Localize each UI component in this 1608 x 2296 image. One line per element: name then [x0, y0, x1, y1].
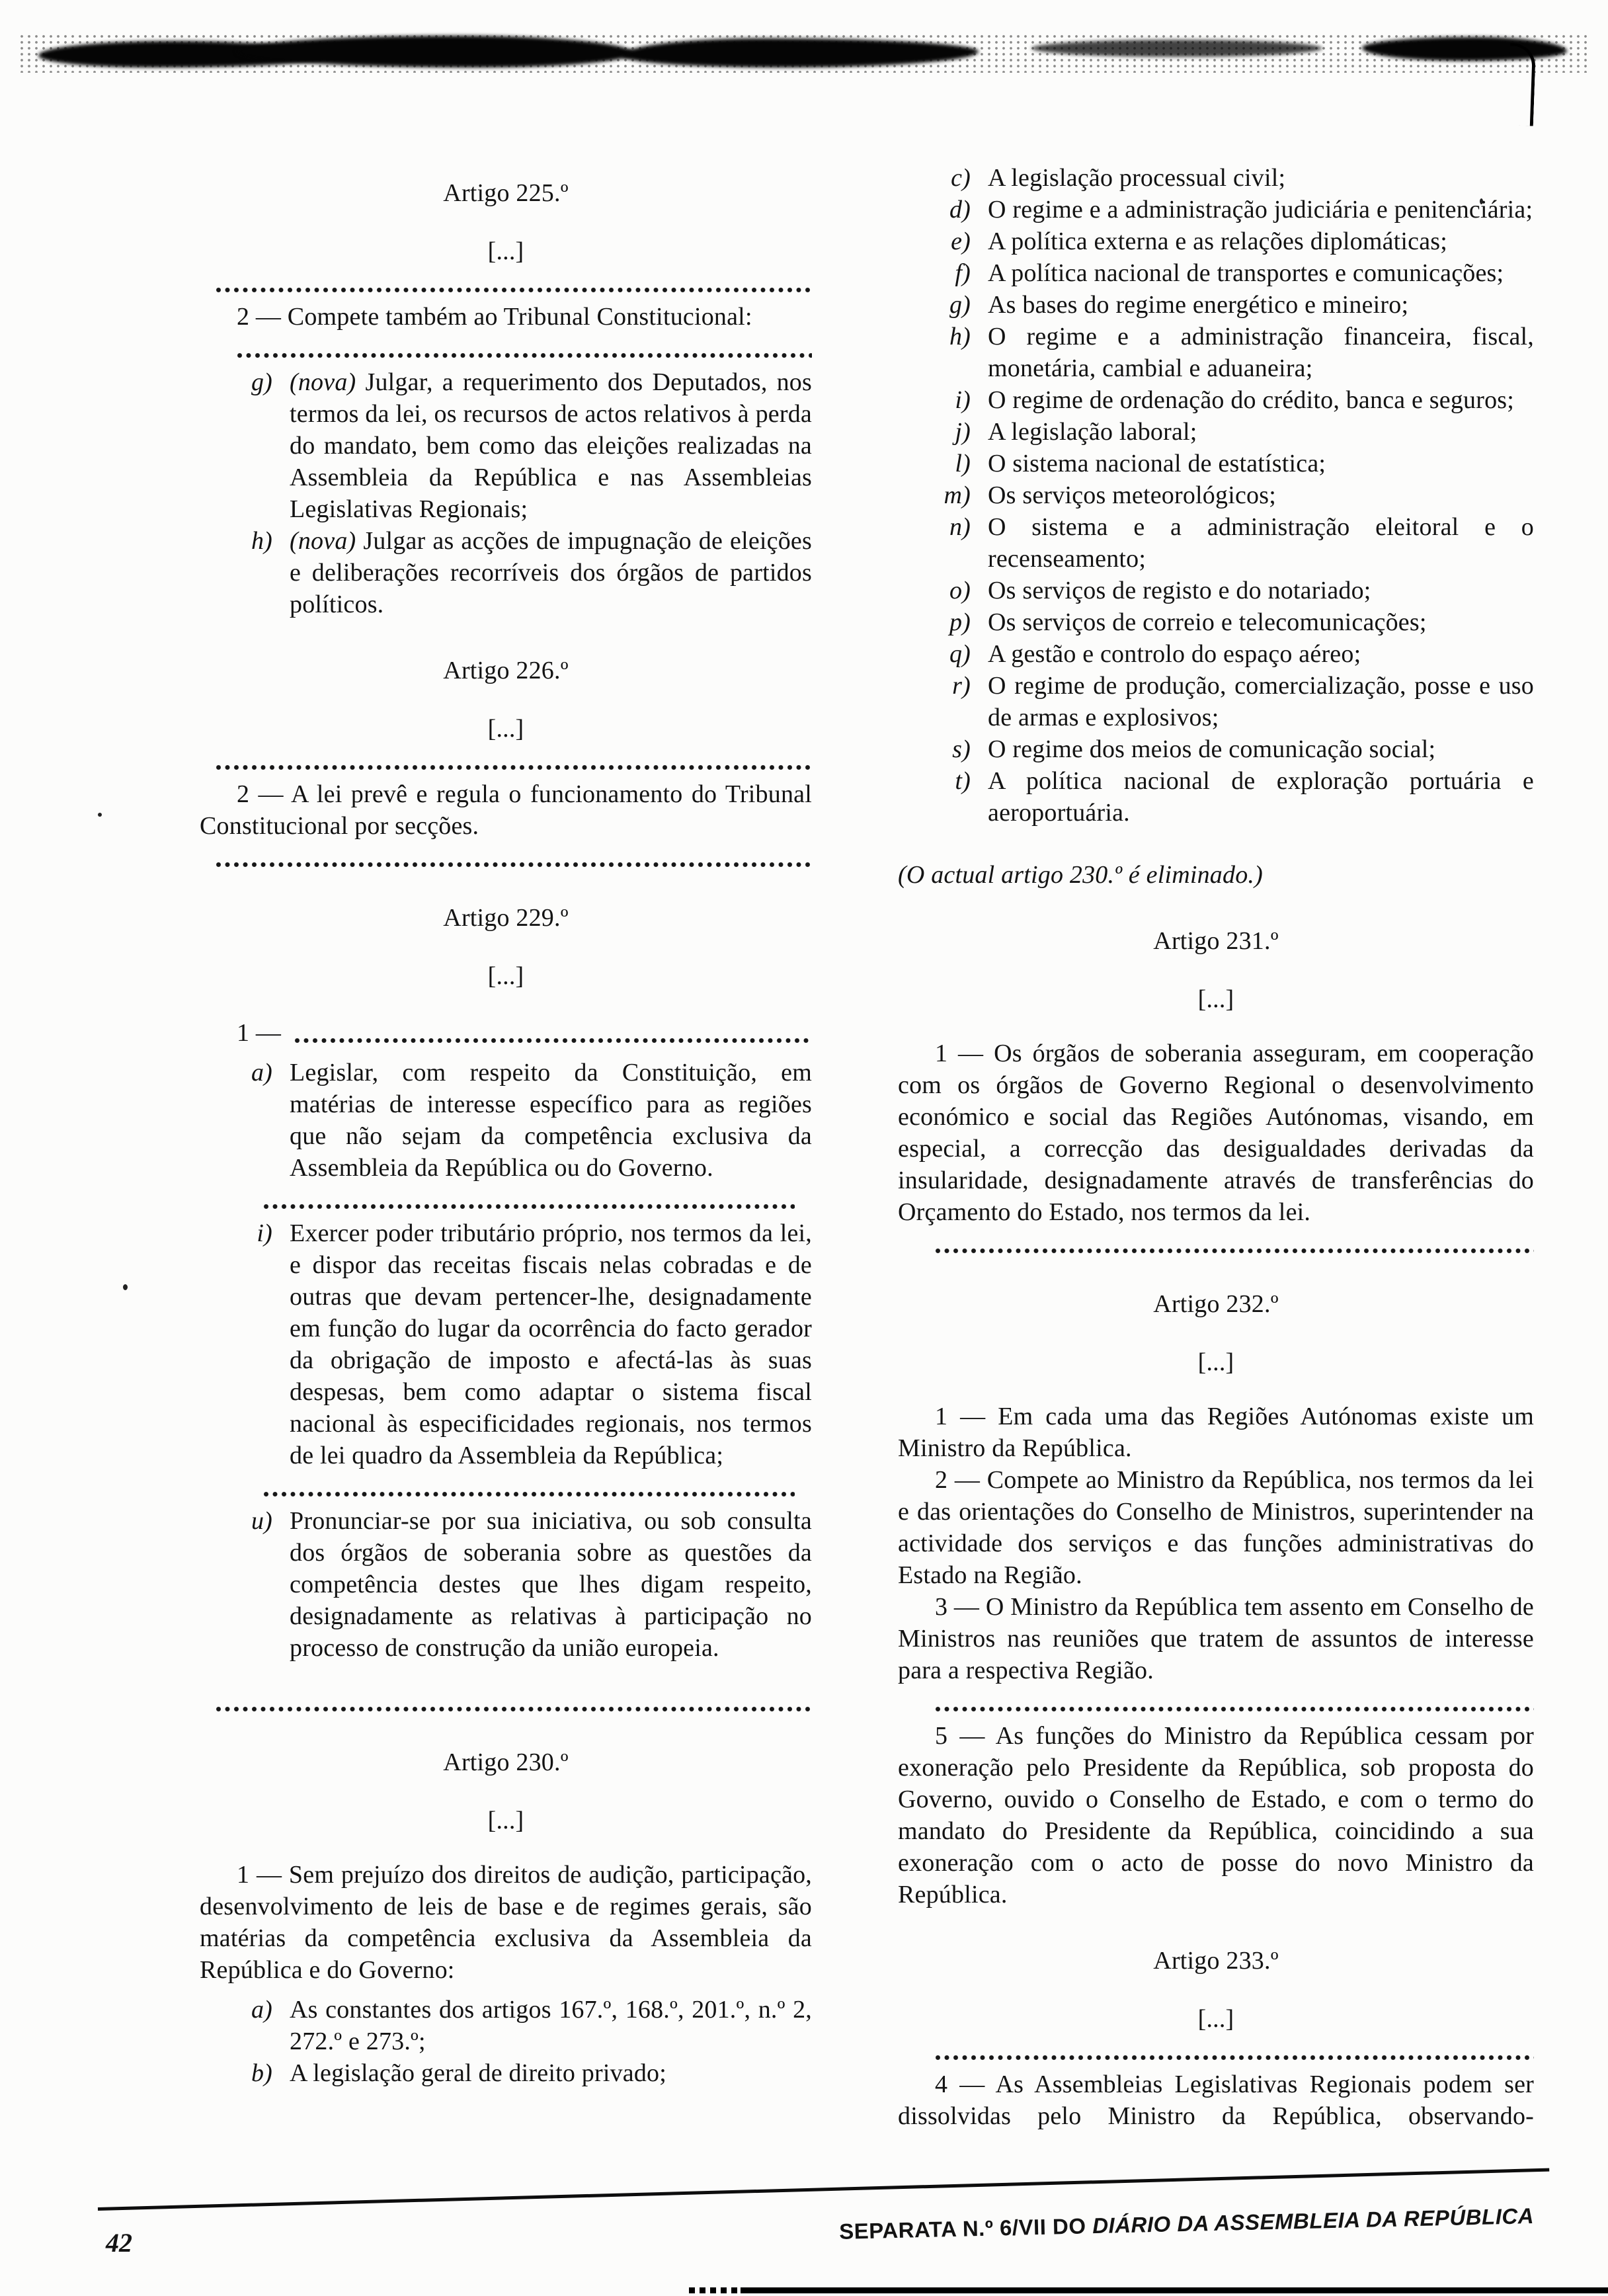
list-item-text: A legislação processual civil; [988, 164, 1285, 192]
list-item-g: g)(nova) Julgar, a requerimento dos Depu… [200, 366, 812, 525]
article-230-heading: Artigo 230.º [200, 1746, 812, 1778]
list-item-text: A política nacional de transportes e com… [988, 259, 1504, 287]
ellipsis-marker: [...] [200, 1805, 812, 1836]
nova-annotation: (nova) [290, 527, 356, 555]
list-item: o)Os serviços de registo e do notariado; [898, 575, 1534, 606]
list-item-label: o) [912, 575, 971, 606]
list-item-label: a) [214, 1994, 272, 2026]
nova-annotation: (nova) [290, 368, 356, 396]
article-229-heading: Artigo 229.º [200, 902, 812, 934]
dotted-separator [935, 1248, 1534, 1254]
list-item-text: Julgar as acções de impugnação de eleiçõ… [290, 527, 812, 618]
list-item-text: A legislação geral de direito privado; [290, 2059, 666, 2087]
list-item-label: e) [912, 225, 971, 257]
list-item-a2: a)As constantes dos artigos 167.º, 168.º… [200, 1994, 812, 2057]
footer-separata-label: SEPARATA N.º 6/VII DO [839, 2213, 1093, 2244]
list-item-label: h) [214, 525, 272, 557]
list-item: d)O regime e a administração judiciária … [898, 194, 1534, 225]
note-article-eliminated: (O actual artigo 230.º é eliminado.) [898, 859, 1534, 891]
footer-rule [98, 2168, 1549, 2211]
list-item-label: i) [214, 1217, 272, 1249]
list-item-text: A política externa e as relações diplomá… [988, 227, 1447, 255]
list-item-label: g) [912, 289, 971, 321]
dotted-separator [263, 1491, 795, 1497]
footer-publication-line: SEPARATA N.º 6/VII DO DIÁRIO DA ASSEMBLE… [839, 2203, 1535, 2244]
left-column: Artigo 225.º [...] 2 — Compete também ao… [200, 177, 812, 2089]
paragraph-5-funcoes: 5 — As funções do Ministro da República … [898, 1720, 1534, 1910]
list-item: c)A legislação processual civil; [898, 162, 1534, 194]
list-item: g)As bases do regime energético e mineir… [898, 289, 1534, 321]
list-item-i: i)Exercer poder tributário próprio, nos … [200, 1217, 812, 1471]
list-item: p)Os serviços de correio e telecomunicaç… [898, 606, 1534, 638]
list-item: f)A política nacional de transportes e c… [898, 257, 1534, 289]
list-item-label: p) [912, 606, 971, 638]
list-item-label: n) [912, 511, 971, 543]
list-item-label: s) [912, 733, 971, 765]
list-item-text: O sistema e a administração eleitoral e … [988, 513, 1534, 573]
list-item-h: h)(nova) Julgar as acções de impugnação … [200, 525, 812, 620]
scan-bottom-bar-dots [689, 2287, 741, 2293]
list-item-label: r) [912, 670, 971, 702]
list-item: j)A legislação laboral; [898, 416, 1534, 448]
paragraph-1-orgaos: 1 — Os órgãos de soberania asseguram, em… [898, 1038, 1534, 1228]
page-number: 42 [106, 2227, 132, 2258]
list-item-label: b) [214, 2057, 272, 2089]
dotted-separator [935, 2055, 1534, 2061]
list-item-text: As constantes dos artigos 167.º, 168.º, … [290, 1996, 812, 2055]
list-item-label: c) [912, 162, 971, 194]
list-item: m)Os serviços meteorológicos; [898, 479, 1534, 511]
list-item-text: O regime dos meios de comunicação social… [988, 735, 1435, 763]
paragraph-number: 1 — [200, 1017, 281, 1049]
list-item-text: O regime de ordenação do crédito, banca … [988, 386, 1514, 414]
list-item: t)A política nacional de exploração port… [898, 765, 1534, 829]
paragraph-1-sem-prejuizo: 1 — Sem prejuízo dos direitos de audição… [200, 1859, 812, 1986]
list-item-label: a) [214, 1057, 272, 1088]
list-item-text: Legislar, com respeito da Constituição, … [290, 1059, 812, 1182]
scan-noise-band [0, 29, 1608, 108]
footer-journal-title: DIÁRIO DA ASSEMBLEIA DA REPÚBLICA [1092, 2203, 1535, 2238]
dotted-leader [294, 1038, 812, 1044]
list-item-text: O sistema nacional de estatística; [988, 450, 1326, 477]
paragraph-2-lei: 2 — A lei prevê e regula o funcionamento… [200, 778, 812, 842]
list-item-label: d) [912, 194, 971, 225]
list-item-text: Exercer poder tributário próprio, nos te… [290, 1219, 812, 1469]
numbered-ellipsis-line: 1 — [200, 1017, 812, 1049]
scan-speck [98, 813, 102, 817]
list-item: s)O regime dos meios de comunicação soci… [898, 733, 1534, 765]
dotted-separator [237, 352, 812, 358]
ellipsis-marker: [...] [898, 2003, 1534, 2035]
ellipsis-marker: [...] [200, 235, 812, 267]
list-item: q)A gestão e controlo do espaço aéreo; [898, 638, 1534, 670]
list-item-text: Os serviços de correio e telecomunicaçõe… [988, 608, 1427, 636]
alinea-list: c)A legislação processual civil; d)O reg… [898, 162, 1534, 829]
list-item-text: O regime e a administração financeira, f… [988, 323, 1534, 382]
list-item-label: i) [912, 384, 971, 416]
list-item: h)O regime e a administração financeira,… [898, 321, 1534, 384]
list-item-label: f) [912, 257, 971, 289]
scan-hook-mark [1507, 43, 1536, 126]
list-item-text: Os serviços de registo e do notariado; [988, 577, 1371, 604]
list-item-u: u)Pronunciar-se por sua iniciativa, ou s… [200, 1505, 812, 1664]
list-item-a: a)Legislar, com respeito da Constituição… [200, 1057, 812, 1184]
list-item-b: b)A legislação geral de direito privado; [200, 2057, 812, 2089]
list-item-text: As bases do regime energético e mineiro; [988, 291, 1408, 319]
dotted-separator [216, 1706, 812, 1712]
list-item-text: Os serviços meteorológicos; [988, 481, 1276, 509]
ellipsis-marker: [...] [898, 1346, 1534, 1378]
list-item: l)O sistema nacional de estatística; [898, 448, 1534, 479]
list-item: r)O regime de produção, comercialização,… [898, 670, 1534, 733]
list-item-text: A gestão e controlo do espaço aéreo; [988, 640, 1361, 668]
ellipsis-marker: [...] [200, 960, 812, 992]
list-item-label: q) [912, 638, 971, 670]
list-item-text: Pronunciar-se por sua iniciativa, ou sob… [290, 1507, 812, 1662]
article-233-heading: Artigo 233.º [898, 1945, 1534, 1977]
scan-ink-blob [1031, 40, 1322, 57]
dotted-separator [216, 287, 812, 293]
list-item-text: O regime e a administração judiciária e … [988, 196, 1533, 224]
list-item: n)O sistema e a administração eleitoral … [898, 511, 1534, 575]
dotted-separator [935, 1706, 1534, 1712]
paragraph-2-tribunal: 2 — Compete também ao Tribunal Constituc… [200, 301, 812, 333]
list-item-text: O regime de produção, comercialização, p… [988, 672, 1534, 731]
list-item-label: t) [912, 765, 971, 797]
list-item-text: Julgar, a requerimento dos Deputados, no… [290, 368, 812, 523]
article-226-heading: Artigo 226.º [200, 655, 812, 686]
dotted-separator [216, 862, 812, 868]
list-item-text: A legislação laboral; [988, 418, 1197, 446]
article-231-heading: Artigo 231.º [898, 925, 1534, 957]
article-225-heading: Artigo 225.º [200, 177, 812, 209]
list-item-label: u) [214, 1505, 272, 1537]
scanned-document-page: Artigo 225.º [...] 2 — Compete também ao… [0, 0, 1608, 2296]
list-item: e)A política externa e as relações diplo… [898, 225, 1534, 257]
list-item-label: h) [912, 321, 971, 352]
ellipsis-marker: [...] [200, 713, 812, 745]
scan-speck [123, 1284, 128, 1290]
list-item-label: m) [912, 479, 971, 511]
right-column: c)A legislação processual civil; d)O reg… [898, 162, 1534, 2132]
paragraph-3-ministro: 3 — O Ministro da República tem assento … [898, 1591, 1534, 1686]
paragraph-4-assembleias: 4 — As Assembleias Legislativas Regionai… [898, 2069, 1534, 2132]
dotted-separator [216, 764, 812, 770]
list-item-label: j) [912, 416, 971, 448]
dotted-separator [263, 1204, 795, 1209]
scan-bottom-bar [741, 2287, 1608, 2293]
paragraph-1-em-cada: 1 — Em cada uma das Regiões Autónomas ex… [898, 1401, 1534, 1464]
article-232-heading: Artigo 232.º [898, 1288, 1534, 1320]
paragraph-2-compete: 2 — Compete ao Ministro da República, no… [898, 1464, 1534, 1591]
list-item-label: l) [912, 448, 971, 479]
list-item-label: g) [214, 366, 272, 398]
list-item: i)O regime de ordenação do crédito, banc… [898, 384, 1534, 416]
list-item-text: A política nacional de exploração portuá… [988, 767, 1534, 827]
ellipsis-marker: [...] [898, 983, 1534, 1015]
